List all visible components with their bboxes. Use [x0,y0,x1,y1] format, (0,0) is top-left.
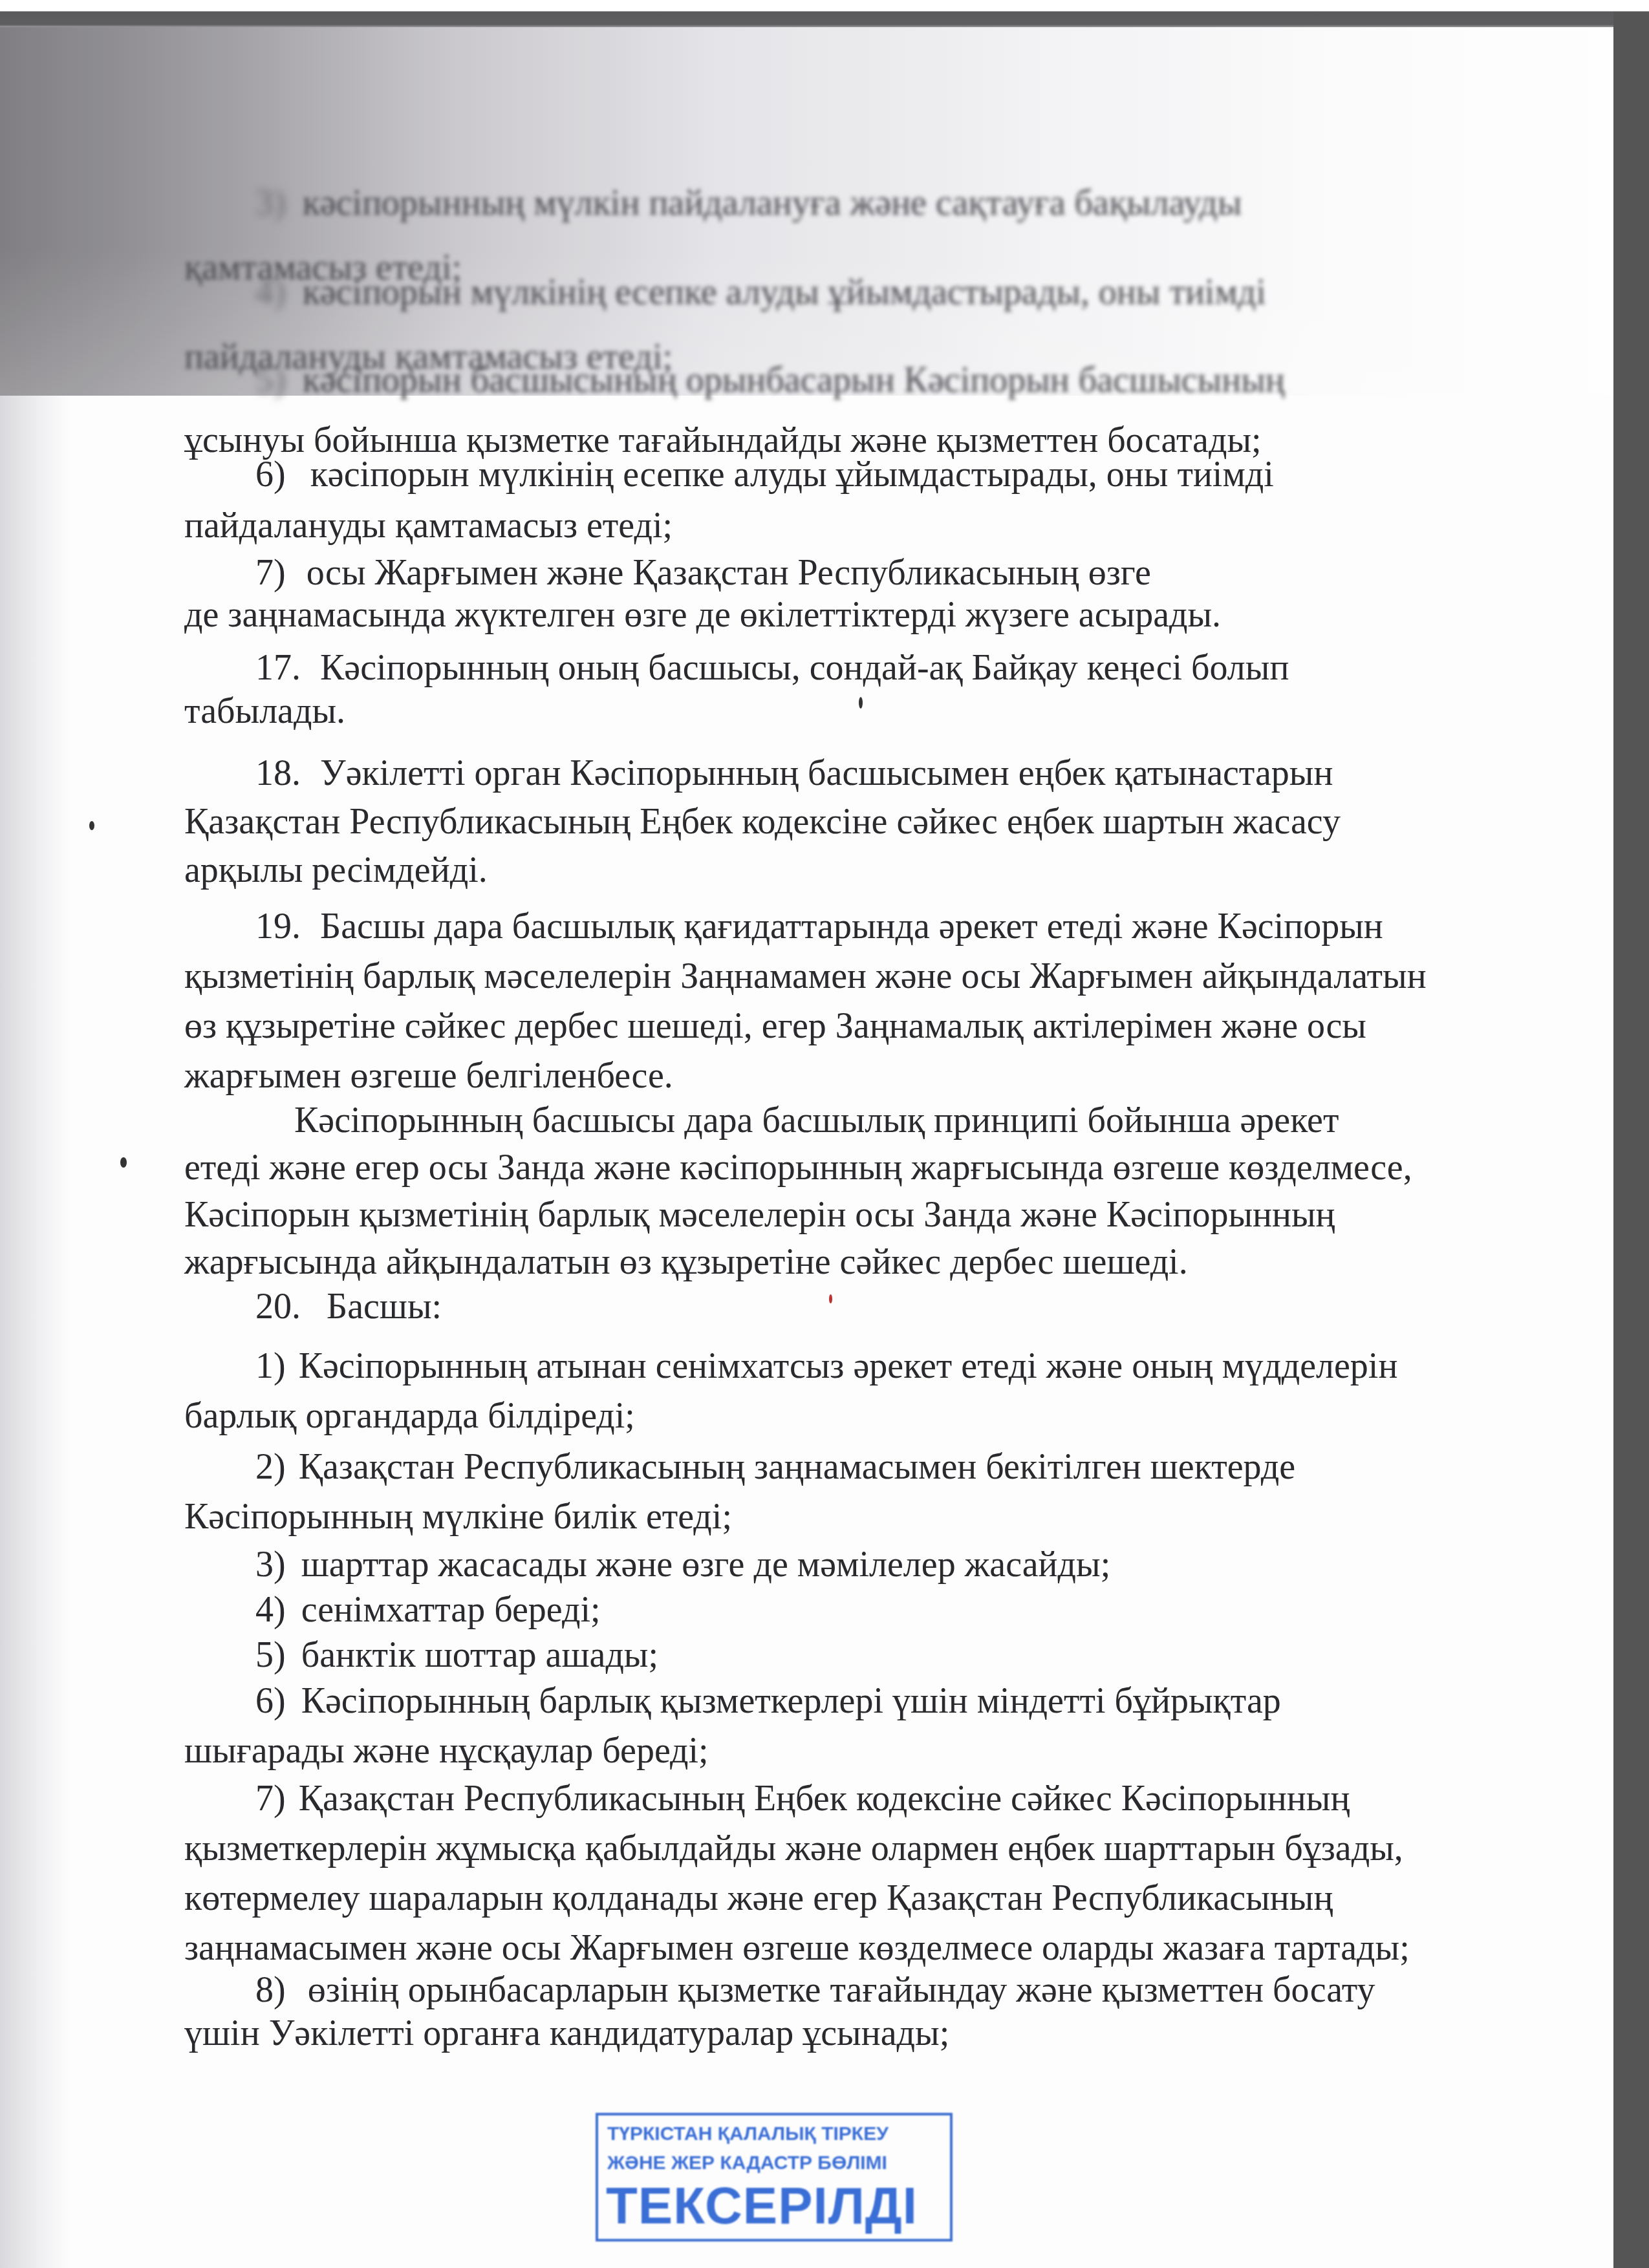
item-text-line: Кәсіпорынның мүлкіне билік етеді; [184,1493,1478,1541]
item-text-line: кәсіпорын мүлкінің есепке алуды ұйымдаст… [303,272,1266,312]
head-power-6: 6) Кәсіпорынның барлық қызметкерлері үші… [184,1678,1478,1775]
item-text-line: Қазақстан Республикасының заңнамасымен б… [299,1447,1295,1487]
head-power-2: 2) Қазақстан Республикасының заңнамасыме… [184,1444,1478,1541]
left-edge-shadow [0,396,71,2268]
clause-text-line: Басшы: [327,1287,442,1327]
list-item-7: 7) осы Жарғымен және Қазақстан Республик… [184,550,1478,639]
clause-18: 18. Уәкілетті орган Кәсіпорынның басшысы… [184,750,1478,894]
clause-number: 20. [255,1287,301,1327]
scan-speck [859,697,863,709]
item-number: 3) [255,1545,286,1585]
scanned-page: 3) кәсіпорынның мүлкін пайдалануға және … [0,27,1613,2268]
clause-20: 20. Басшы: [184,1283,1478,1331]
item-number: 2) [255,1447,286,1487]
stamp-verified-label: ТЕКСЕРІЛДІ [606,2180,918,2232]
clause-text-line: арқылы ресімдейді. [184,847,1478,894]
item-text-line: шығарады және нұсқаулар береді; [184,1728,1478,1775]
item-number: 7) [255,1779,286,1819]
item-text-line: үшін Уәкілетті органға кандидатуралар ұс… [184,2010,1478,2057]
head-power-1: 1) Кәсіпорынның атынан сенімхатсыз әреке… [184,1343,1478,1440]
scanner-right-edge [1613,12,1649,2268]
clause-text-line: қызметінің барлық мәселелерін Заңнамамен… [184,956,1427,996]
clause-19: 19. Басшы дара басшылық қағидаттарында ә… [184,903,1478,1100]
clause-text-line: етеді және егер осы Занда және кәсіпорын… [184,1148,1412,1188]
scan-speck [120,1157,127,1168]
item-text-line: шарттар жасасады және өзге де мәмілелер … [301,1545,1111,1585]
scan-speck [829,1294,832,1303]
head-power-8: 8) өзінің орынбасарларын қызметке тағайы… [184,1967,1478,2057]
clause-text-line: Басшы дара басшылық қағидаттарында әреке… [320,906,1383,947]
item-text-line: кәсіпорын мүлкінің есепке алуды ұйымдаст… [310,455,1274,495]
item-text-line: банктік шоттар ашады; [301,1635,658,1675]
clause-17: 17. Кәсіпорынның оның басшысы, сондай-ақ… [184,645,1478,735]
stamp-line-1: ТҮРКІСТАН ҚАЛАЛЫҚ ТІРКЕУ [607,2123,943,2145]
stamp-line-2: ЖӘНЕ ЖЕР КАДАСТР БӨЛІМІ [607,2152,943,2174]
item-text-line: заңнамасымен және осы Жарғымен өзгеше кө… [184,1925,1478,1972]
head-power-5: 5) банктік шоттар ашады; [184,1632,1478,1679]
clause-text-line: жарғымен өзгеше белгіленбесе. [184,1053,1478,1100]
clause-text-line: жарғысында айқындалатын өз құзыретіне сә… [184,1239,1478,1286]
head-power-4: 4) сенімхаттар береді; [184,1587,1478,1634]
clause-19-continuation: Кәсіпорынның басшысы дара басшылық принц… [184,1097,1478,1286]
scan-speck [89,821,94,830]
item-text-line: көтермелеу шараларын қолданады және егер… [184,1878,1333,1918]
item-number: 6) [255,1681,286,1721]
item-text-line: Кәсіпорынның атынан сенімхатсыз әрекет е… [299,1346,1398,1386]
clause-text-line: табылады. [184,688,1478,735]
clause-text-line: Кәсіпорын қызметінің барлық мәселелерін … [184,1195,1335,1235]
head-power-3: 3) шарттар жасасады және өзге де мәмілел… [184,1541,1478,1589]
item-text-line: барлық органдарда білдіреді; [184,1393,1478,1440]
item-text-line: қызметкерлерін жұмысқа қабылдайды және о… [184,1828,1403,1868]
clause-text-line: өз құзыретіне сәйкес дербес шешеді, егер… [184,1006,1366,1046]
list-item-6: 6) кәсіпорын мүлкінің есепке алуды ұйымд… [184,451,1478,550]
head-power-7: 7) Қазақстан Республикасының Еңбек кодек… [184,1775,1478,1972]
clause-text-line: Кәсіпорынның оның басшысы, сондай-ақ Бай… [320,648,1289,688]
item-number: 1) [255,1346,286,1386]
item-text-line: сенімхаттар береді; [301,1590,601,1630]
item-number: 7) [255,553,286,593]
item-number: 6) [255,455,286,495]
item-text-line: кәсіпорынның мүлкін пайдалануға және сақ… [303,183,1242,223]
item-number: 4) [255,272,286,312]
item-number: 5) [255,1635,286,1675]
item-text-line: кәсіпорын басшысының орынбасарын Кәсіпор… [303,360,1285,400]
clause-text-line: Қазақстан Республикасының Еңбек кодексін… [184,802,1341,842]
clause-text-line: Кәсіпорынның басшысы дара басшылық принц… [294,1100,1339,1140]
item-text-line: өзінің орынбасарларын қызметке тағайында… [308,1970,1375,2010]
scanner-top-edge [0,0,1649,27]
item-text-line: осы Жарғымен және Қазақстан Республикасы… [307,553,1151,593]
item-number: 5) [255,360,286,400]
list-item-5: 5) кәсіпорын басшысының орынбасарын Кәсі… [184,357,1478,464]
item-number: 8) [255,1970,286,2010]
item-text-line: Қазақстан Республикасының Еңбек кодексін… [299,1779,1350,1819]
item-number: 4) [255,1590,286,1630]
item-text-line: де заңнамасында жүктелген өзге де өкілет… [184,592,1478,639]
verification-stamp: ТҮРКІСТАН ҚАЛАЛЫҚ ТІРКЕУ ЖӘНЕ ЖЕР КАДАСТ… [596,2113,953,2241]
clause-number: 19. [255,906,301,947]
clause-number: 18. [255,753,301,793]
item-number: 3) [255,183,286,223]
clause-number: 17. [255,648,301,688]
item-text-line: Кәсіпорынның барлық қызметкерлері үшін м… [301,1681,1281,1721]
item-text-line: пайдалануды қамтамасыз етеді; [184,502,1478,550]
clause-text-line: Уәкілетті орган Кәсіпорынның басшысымен … [320,753,1333,793]
